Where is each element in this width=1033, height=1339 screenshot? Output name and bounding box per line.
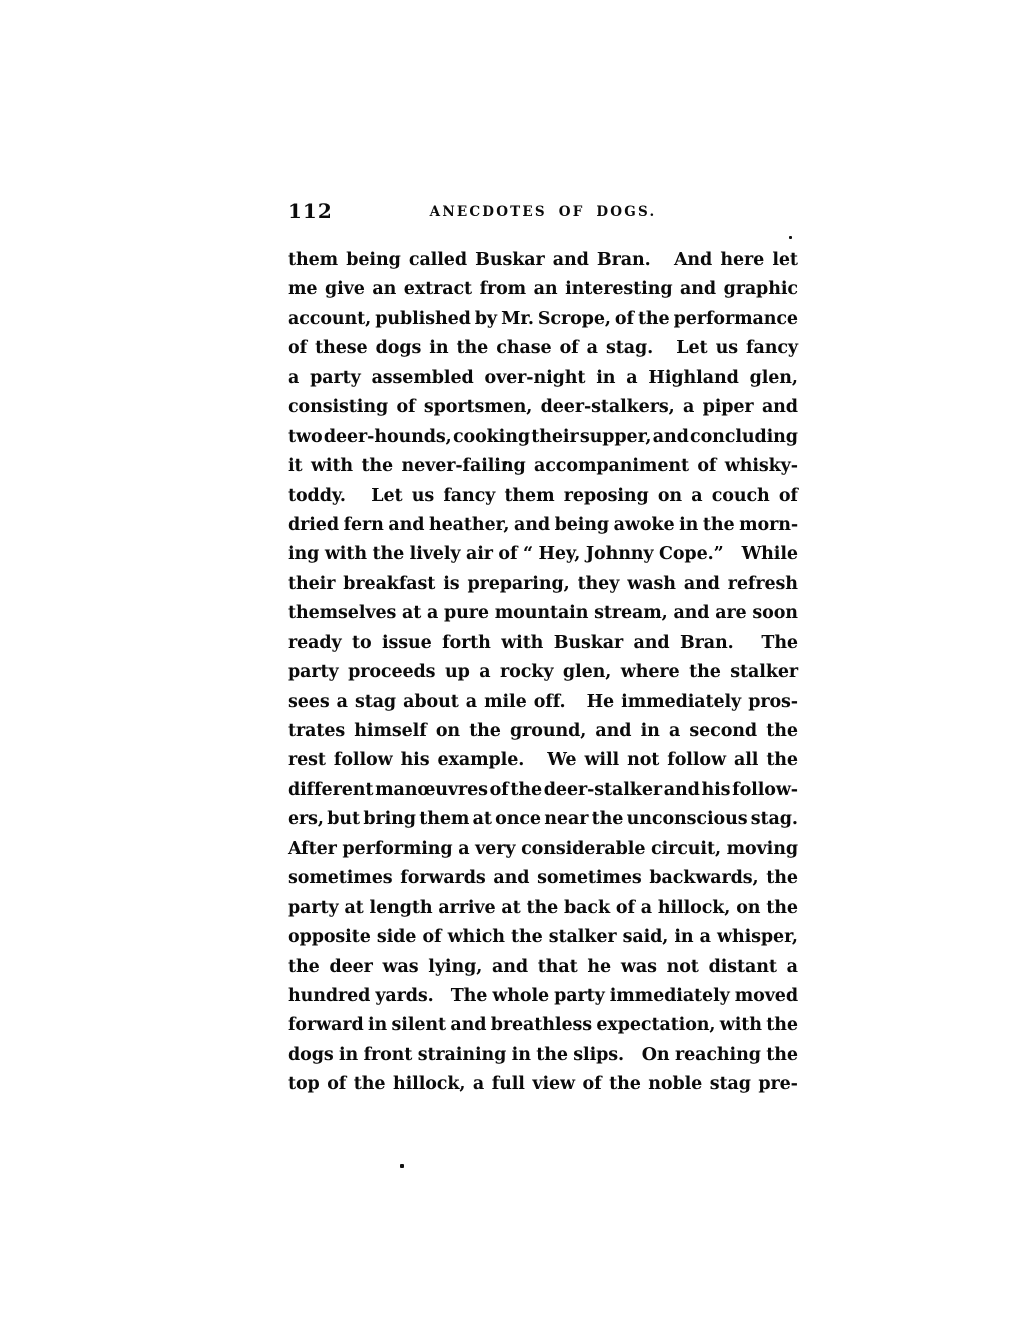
text-line: oppositesideofwhichthestalkersaid,inawhi…: [288, 927, 798, 956]
ink-speck: [400, 1164, 404, 1168]
page-header: 112 ANECDOTES OF DOGS.: [288, 199, 798, 225]
text-line: Afterperformingaveryconsiderablecircuit,…: [288, 839, 798, 868]
text-line: ingwiththelivelyairof“Hey,JohnnyCope.”Wh…: [288, 544, 798, 573]
text-line: thedeerwaslying,andthathewasnotdistanta: [288, 957, 798, 986]
text-line: twodeer-hounds,cookingtheirsupper,andcon…: [288, 427, 798, 456]
text-line: ofthesedogsinthechaseofastag.Letusfancy: [288, 338, 798, 367]
running-title: ANECDOTES OF DOGS.: [288, 204, 798, 220]
text-line: trateshimselfontheground,andinasecondthe: [288, 721, 798, 750]
text-line: toddy.Letusfancythemreposingonacouchof: [288, 486, 798, 515]
text-line: differentmanœuvresofthedeer-stalkerandhi…: [288, 780, 798, 809]
text-line: theirbreakfastispreparing,theywashandref…: [288, 574, 798, 603]
text-line: seesastagaboutamileoff.Heimmediatelypros…: [288, 692, 798, 721]
text-line: forwardinsilentandbreathlessexpectation,…: [288, 1015, 798, 1044]
text-line: driedfernandheather,andbeingawokeinthemo…: [288, 515, 798, 544]
text-line: apartyassembledover-nightinaHighlandglen…: [288, 368, 798, 397]
text-line: readytoissueforthwithBuskarandBran.The: [288, 633, 798, 662]
body-text: thembeingcalledBuskarandBran.Andhereletm…: [288, 250, 798, 1104]
text-line: partyatlengtharriveatthebackofahillock,o…: [288, 898, 798, 927]
text-line: dogsinfrontstrainingintheslips.Onreachin…: [288, 1045, 798, 1074]
text-line: themselvesatapuremountainstream,andareso…: [288, 603, 798, 632]
text-line: restfollowhisexample.Wewillnotfollowallt…: [288, 750, 798, 779]
text-line: thembeingcalledBuskarandBran.Andherelet: [288, 250, 798, 279]
text-line: account,publishedbyMr.Scrope,oftheperfor…: [288, 309, 798, 338]
text-line: sometimesforwardsandsometimesbackwards,t…: [288, 868, 798, 897]
text-line: topofthehillock,afullviewofthenoblestagp…: [288, 1074, 798, 1103]
text-line: hundredyards.Thewholepartyimmediatelymov…: [288, 986, 798, 1015]
text-line: ers,butbringthematonceneartheunconscious…: [288, 809, 798, 838]
text-line: itwiththenever-failingaccompanimentofwhi…: [288, 456, 798, 485]
text-line: megiveanextractfromaninterestingandgraph…: [288, 279, 798, 308]
ink-speck: [789, 236, 792, 239]
text-line: consistingofsportsmen,deer-stalkers,apip…: [288, 397, 798, 426]
book-page: 112 ANECDOTES OF DOGS. thembeingcalledBu…: [0, 0, 1033, 1339]
text-line: partyproceedsuparockyglen,wherethestalke…: [288, 662, 798, 691]
